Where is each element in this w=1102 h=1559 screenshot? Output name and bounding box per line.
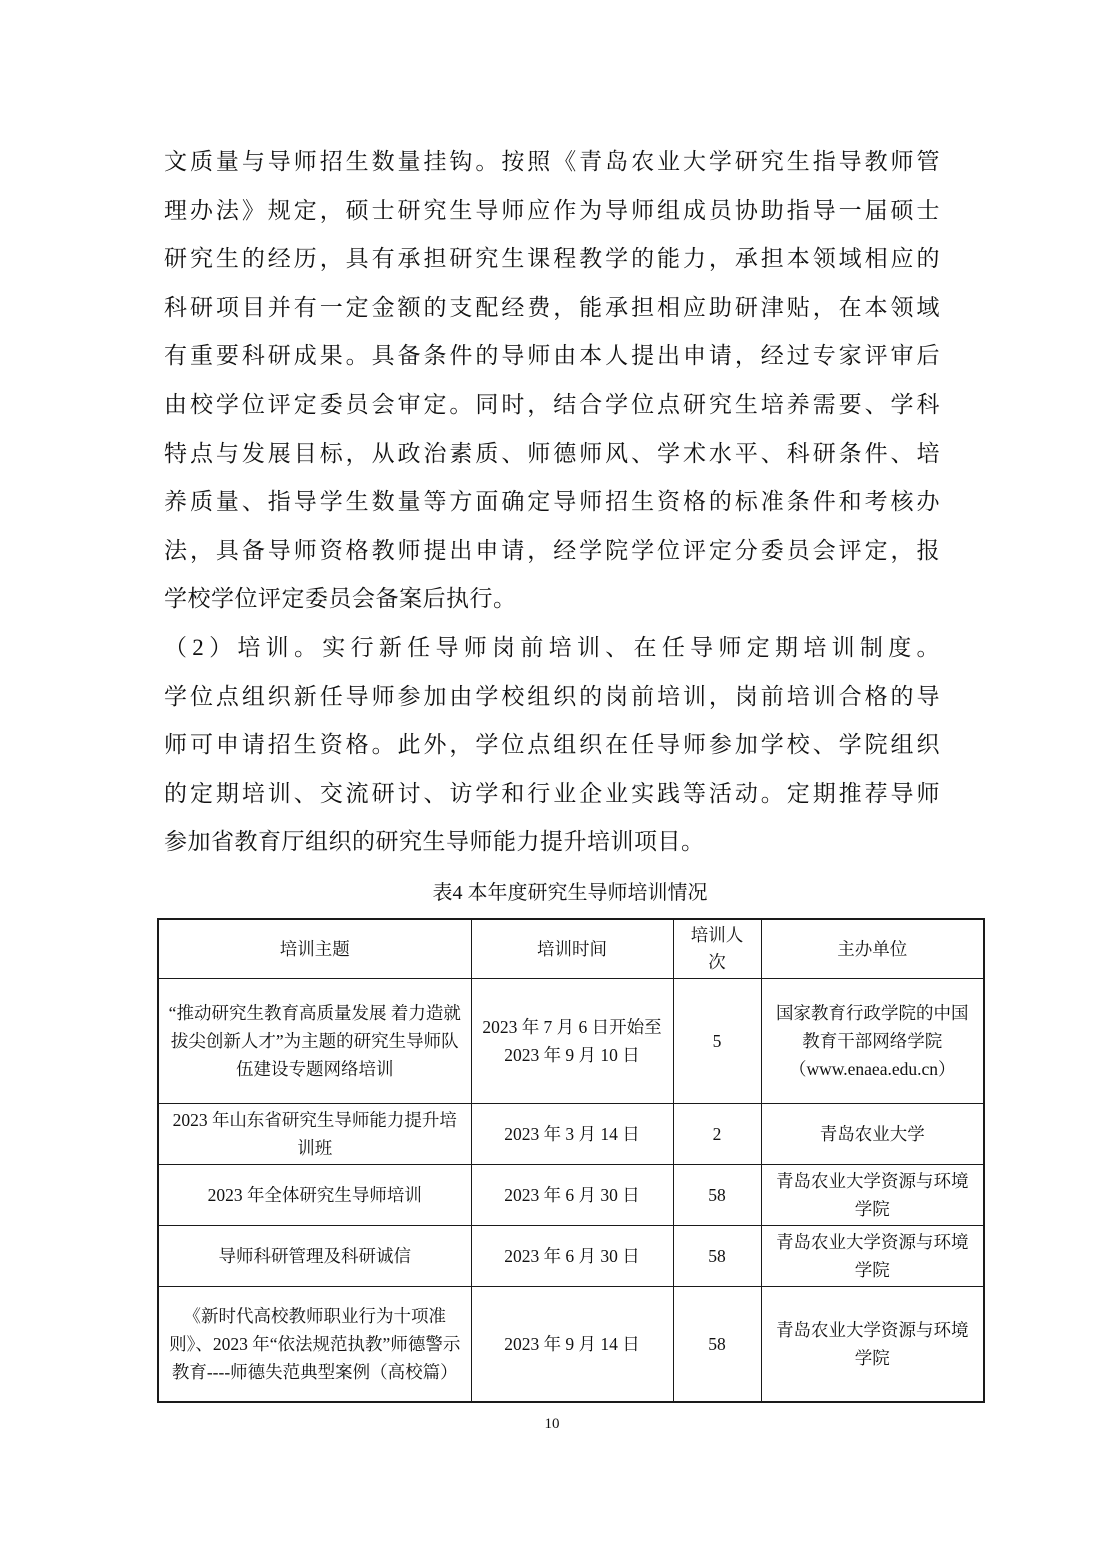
- cell-count: 58: [673, 1226, 761, 1287]
- text-line: 法，具备导师资格教师提出申请，经学院学位评定分委员会评定，报: [164, 527, 940, 576]
- paragraph-supervisor-criteria: 文质量与导师招生数量挂钩。按照《青岛农业大学研究生指导教师管 理办法》规定，硕士…: [164, 138, 940, 624]
- text-line: 有重要科研成果。具备条件的导师由本人提出申请，经过专家评审后: [164, 332, 940, 381]
- cell-count: 5: [673, 979, 761, 1104]
- text-line: 文质量与导师招生数量挂钩。按照《青岛农业大学研究生指导教师管: [164, 138, 940, 187]
- text-line: 学位点组织新任导师参加由学校组织的岗前培训，岗前培训合格的导: [164, 673, 940, 722]
- cell-organizer: 青岛农业大学资源与环境学院: [761, 1165, 984, 1226]
- cell-time: 2023 年 3 月 14 日: [471, 1104, 673, 1165]
- text-line: 养质量、指导学生数量等方面确定导师招生资格的标准条件和考核办: [164, 478, 940, 527]
- col-header-count: 培训人次: [673, 919, 761, 979]
- text-line: 的定期培训、交流研讨、访学和行业企业实践等活动。定期推荐导师: [164, 770, 940, 819]
- cell-theme: 导师科研管理及科研诚信: [158, 1226, 471, 1287]
- text-line: 科研项目并有一定金额的支配经费，能承担相应助研津贴，在本领域: [164, 284, 940, 333]
- text-line: 师可申请招生资格。此外，学位点组织在任导师参加学校、学院组织: [164, 721, 940, 770]
- table-row: “推动研究生教育高质量发展 着力造就拔尖创新人才”为主题的研究生导师队伍建设专题…: [158, 979, 984, 1104]
- text-line: 理办法》规定，硕士研究生导师应作为导师组成员协助指导一届硕士: [164, 187, 940, 236]
- text-line: 研究生的经历，具有承担研究生课程教学的能力，承担本领域相应的: [164, 235, 940, 284]
- col-header-time: 培训时间: [471, 919, 673, 979]
- body-text: 文质量与导师招生数量挂钩。按照《青岛农业大学研究生指导教师管 理办法》规定，硕士…: [164, 138, 940, 867]
- cell-theme: 2023 年全体研究生导师培训: [158, 1165, 471, 1226]
- text-line: 特点与发展目标，从政治素质、师德师风、学术水平、科研条件、培: [164, 430, 940, 479]
- cell-count: 2: [673, 1104, 761, 1165]
- cell-count: 58: [673, 1165, 761, 1226]
- cell-organizer: 青岛农业大学: [761, 1104, 984, 1165]
- cell-count: 58: [673, 1287, 761, 1402]
- table-header-row: 培训主题 培训时间 培训人次 主办单位: [158, 919, 984, 979]
- table-row: 2023 年山东省研究生导师能力提升培训班 2023 年 3 月 14 日 2 …: [158, 1104, 984, 1165]
- cell-organizer: 青岛农业大学资源与环境学院: [761, 1226, 984, 1287]
- text-line: 参加省教育厅组织的研究生导师能力提升培训项目。: [164, 818, 940, 867]
- table-row: 2023 年全体研究生导师培训 2023 年 6 月 30 日 58 青岛农业大…: [158, 1165, 984, 1226]
- training-table-container: 培训主题 培训时间 培训人次 主办单位 “推动研究生教育高质量发展 着力造就拔尖…: [157, 918, 983, 1403]
- table-row: 导师科研管理及科研诚信 2023 年 6 月 30 日 58 青岛农业大学资源与…: [158, 1226, 984, 1287]
- table-body: “推动研究生教育高质量发展 着力造就拔尖创新人才”为主题的研究生导师队伍建设专题…: [158, 979, 984, 1402]
- col-header-theme: 培训主题: [158, 919, 471, 979]
- cell-organizer: 国家教育行政学院的中国教育干部网络学院（www.enaea.edu.cn）: [761, 979, 984, 1104]
- cell-theme: 《新时代高校教师职业行为十项准则》、2023 年“依法规范执教”师德警示教育--…: [158, 1287, 471, 1402]
- page-number: 10: [164, 1414, 940, 1434]
- cell-time: 2023 年 6 月 30 日: [471, 1165, 673, 1226]
- text-line: （2）培训。实行新任导师岗前培训、在任导师定期培训制度。: [164, 624, 940, 673]
- cell-time: 2023 年 7 月 6 日开始至 2023 年 9 月 10 日: [471, 979, 673, 1104]
- cell-theme: 2023 年山东省研究生导师能力提升培训班: [158, 1104, 471, 1165]
- training-table: 培训主题 培训时间 培训人次 主办单位 “推动研究生教育高质量发展 着力造就拔尖…: [157, 918, 985, 1403]
- table-row: 《新时代高校教师职业行为十项准则》、2023 年“依法规范执教”师德警示教育--…: [158, 1287, 984, 1402]
- cell-theme: “推动研究生教育高质量发展 着力造就拔尖创新人才”为主题的研究生导师队伍建设专题…: [158, 979, 471, 1104]
- table-caption: 表4 本年度研究生导师培训情况: [157, 879, 983, 907]
- text-line: 由校学位评定委员会审定。同时，结合学位点研究生培养需要、学科: [164, 381, 940, 430]
- col-header-organizer: 主办单位: [761, 919, 984, 979]
- paragraph-training: （2）培训。实行新任导师岗前培训、在任导师定期培训制度。 学位点组织新任导师参加…: [164, 624, 940, 867]
- col-header-count-label: 培训人次: [690, 922, 744, 976]
- cell-time: 2023 年 6 月 30 日: [471, 1226, 673, 1287]
- cell-organizer: 青岛农业大学资源与环境学院: [761, 1287, 984, 1402]
- text-line: 学校学位评定委员会备案后执行。: [164, 575, 940, 624]
- document-page: 文质量与导师招生数量挂钩。按照《青岛农业大学研究生指导教师管 理办法》规定，硕士…: [0, 0, 1102, 1559]
- cell-time: 2023 年 9 月 14 日: [471, 1287, 673, 1402]
